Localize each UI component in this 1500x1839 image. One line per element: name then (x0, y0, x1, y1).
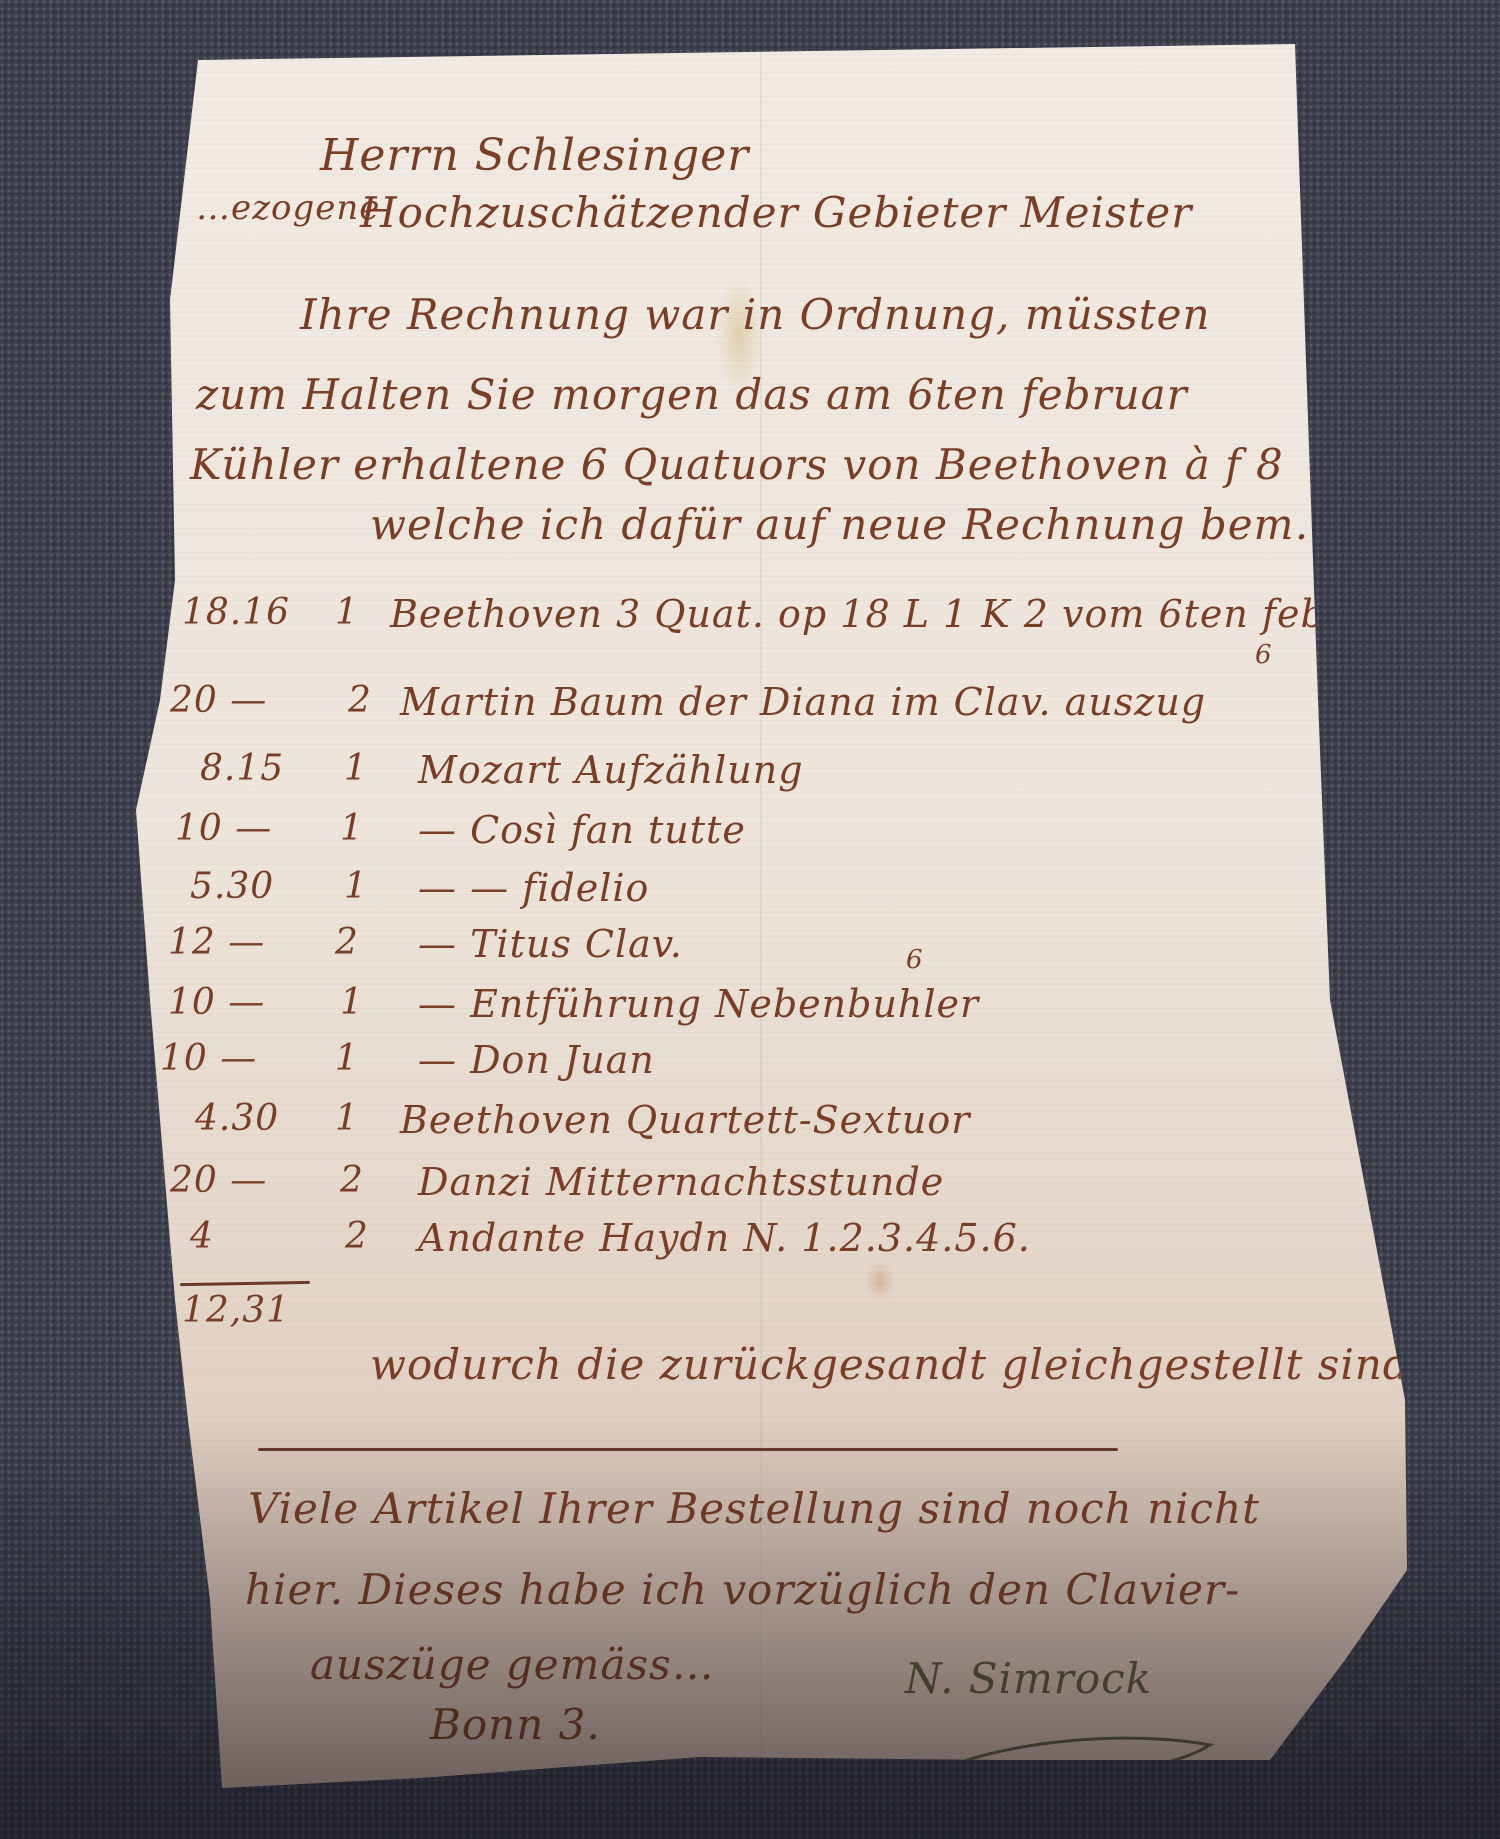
ledger-item: Beethoven 3 Quat. op 18 L 1 K 2 vom 6ten… (390, 592, 1326, 636)
ledger-qty: 1 (340, 982, 364, 1023)
ledger-qty: 2 (335, 922, 359, 963)
ledger-item: Andante Haydn N. 1.2.3.4.5.6. (418, 1216, 1031, 1260)
ledger-qty: 1 (340, 808, 364, 849)
ledger-qty: 1 (335, 592, 359, 633)
ledger-qty: 1 (344, 748, 368, 789)
body-line-3: Kühler erhaltene 6 Quatuors von Beethove… (190, 440, 1284, 489)
sum-rule (180, 1281, 310, 1286)
ledger-price: 20 — (170, 1160, 267, 1201)
superscript-six: 6 (1255, 640, 1273, 670)
document-photo: Herrn Schlesinger …ezogene Hochzuschätze… (0, 0, 1500, 1839)
ledger-price: 20 — (170, 680, 267, 721)
ledger-price: 4.30 (195, 1098, 279, 1139)
ledger-qty: 2 (345, 1216, 369, 1257)
ledger-price: 4 (190, 1216, 214, 1257)
ledger-qty: 1 (335, 1038, 359, 1079)
ledger-item: — — fidelio (418, 866, 649, 910)
divider-rule (258, 1448, 1118, 1451)
addressee: Herrn Schlesinger (320, 130, 749, 181)
superscript-six: 6 (906, 945, 924, 975)
ink-stain (865, 1262, 895, 1302)
ledger-qty: 1 (344, 866, 368, 907)
ledger-item: Mozart Aufzählung (418, 748, 804, 792)
ledger-total: 12,31 (182, 1290, 290, 1331)
ledger-item: — Titus Clav. (418, 922, 683, 966)
ledger-price: 8.15 (200, 748, 284, 789)
ledger-price: 12 — (168, 922, 265, 963)
signature: N. Simrock (905, 1654, 1152, 1703)
ledger-price: 10 — (175, 808, 272, 849)
ledger-item: Danzi Mitternachtsstunde (418, 1160, 944, 1204)
ledger-item: Beethoven Quartett-Sextuor (400, 1098, 970, 1142)
ledger-qty: 2 (348, 680, 372, 721)
body-line-2: zum Halten Sie morgen das am 6ten februa… (196, 370, 1188, 419)
ledger-item: — Don Juan (418, 1038, 655, 1082)
ledger-price: 10 — (160, 1038, 257, 1079)
ledger-price: 5.30 (190, 866, 274, 907)
paper-sheet: Herrn Schlesinger …ezogene Hochzuschätze… (0, 0, 1500, 1839)
postscript-line-2: hier. Dieses habe ich vorzüglich den Cla… (245, 1565, 1240, 1614)
ledger-item: — Entführung Nebenbuhler (418, 982, 979, 1026)
ledger-price: 10 — (168, 982, 265, 1023)
body-line-1: Ihre Rechnung war in Ordnung, müssten (300, 290, 1211, 339)
postscript-line-1: Viele Artikel Ihrer Bestellung sind noch… (248, 1484, 1260, 1533)
ledger-price: 18.16 (182, 592, 290, 633)
greeting: Hochzuschätzender Gebieter Meister (360, 188, 1192, 237)
ledger-qty: 1 (335, 1098, 359, 1139)
signature-flourish (930, 1700, 1230, 1790)
ledger-item: — Così fan tutte (418, 808, 746, 852)
ledger-qty: 2 (340, 1160, 364, 1201)
margin-fragment: …ezogene (196, 188, 380, 228)
closing-line: wodurch die zurückgesandt gleichgestellt… (370, 1340, 1425, 1389)
body-line-4: welche ich dafür auf neue Rechnung bem… (370, 500, 1337, 549)
postscript-place: Bonn 3. (430, 1700, 601, 1749)
postscript-line-3: auszüge gemäss… (310, 1640, 715, 1689)
ledger-item: Martin Baum der Diana im Clav. auszug (400, 680, 1206, 724)
